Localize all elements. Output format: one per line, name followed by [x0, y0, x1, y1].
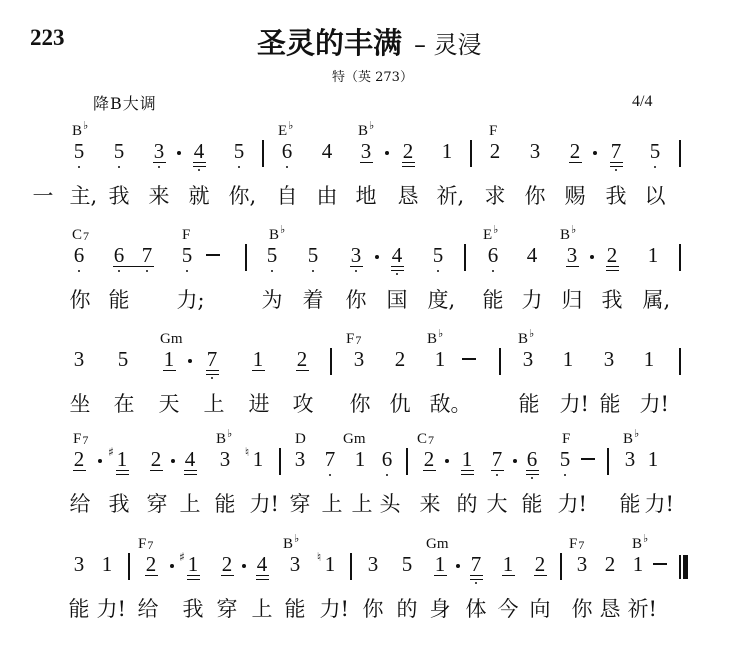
lyric-syllable: 能 [215, 492, 236, 516]
chord-symbol: B♭ [72, 124, 88, 139]
duration-underline [73, 470, 86, 471]
lyric-syllable: 天 [159, 392, 180, 416]
chord-extension: 7 [578, 538, 584, 552]
chord-symbol: B♭ [560, 228, 576, 243]
low-octave-dot [329, 474, 332, 477]
note-digit: 4 [180, 448, 200, 470]
duration-underline [610, 162, 623, 163]
bar-line [470, 140, 472, 167]
note-digit: 2 [485, 140, 505, 162]
lyric-syllable: 我 [602, 288, 623, 312]
bar-line [464, 244, 466, 271]
low-octave-dot [355, 270, 358, 273]
lyric-syllable: 力! [560, 392, 589, 416]
duration-underline [606, 266, 619, 267]
note-digit: 1 [159, 348, 179, 370]
lyric-syllable: 能 [285, 597, 306, 621]
chord-root: B [216, 431, 226, 447]
dotted-rhythm-dot [385, 151, 389, 155]
lyric-syllable: 穿 [290, 492, 311, 516]
lyric-syllable: 力! [97, 597, 126, 621]
low-octave-dot [437, 270, 440, 273]
note-digit: 2 [217, 553, 237, 575]
chord-symbol: C7 [72, 228, 89, 243]
chord-symbol: B♭ [358, 124, 374, 139]
dotted-rhythm-dot [590, 255, 594, 259]
note-digit: 3 [562, 244, 582, 266]
lyric-syllable: 上 [352, 492, 373, 516]
low-octave-dot [312, 270, 315, 273]
chord-symbol: Gm [343, 432, 366, 447]
low-octave-dot [531, 477, 534, 480]
lyric-syllable: 能 [483, 288, 504, 312]
chord-symbol: F [182, 228, 190, 243]
low-octave-dot [146, 270, 149, 273]
note-digit: 1 [457, 448, 477, 470]
sustain-dash [462, 358, 476, 360]
dotted-rhythm-dot [375, 255, 379, 259]
flat-icon: ♭ [493, 223, 498, 236]
duration-underline [434, 575, 447, 576]
flat-icon: ♭ [227, 427, 232, 440]
lyric-syllable: 以 [645, 184, 666, 208]
duration-underline [116, 470, 129, 471]
lyric-syllable: 由 [317, 184, 338, 208]
note-digit: 2 [600, 553, 620, 575]
note-digit: 6 [522, 448, 542, 470]
note-digit: 3 [349, 348, 369, 370]
note-digit: 2 [419, 448, 439, 470]
lyric-syllable: 力! [250, 492, 279, 516]
note-digit: 2 [390, 348, 410, 370]
natural-icon: ♮ [314, 550, 324, 564]
duration-underline [296, 370, 309, 371]
flat-icon: ♭ [83, 119, 88, 132]
lyric-syllable: 为 [262, 288, 283, 312]
chord-root: F [562, 431, 570, 447]
note-digit: 7 [466, 553, 486, 575]
lyric-syllable: 身 [430, 597, 451, 621]
note-digit: 5 [177, 244, 197, 266]
low-octave-dot [198, 169, 201, 172]
note-digit: 5 [645, 140, 665, 162]
lyric-syllable: 能 [69, 597, 90, 621]
low-octave-dot [564, 474, 567, 477]
chord-root: C [72, 227, 82, 243]
bar-line [679, 348, 681, 375]
flat-icon: ♭ [571, 223, 576, 236]
note-digit: 7 [137, 244, 157, 266]
duration-underline [461, 470, 474, 471]
lyric-syllable: 敌。 [430, 392, 472, 416]
note-digit: 3 [149, 140, 169, 162]
bar-line [607, 448, 609, 475]
bar-line [560, 553, 562, 580]
note-digit: 3 [599, 348, 619, 370]
chord-root: B [560, 227, 570, 243]
low-octave-dot [186, 270, 189, 273]
sharp-icon: ♯ [177, 550, 187, 564]
note-digit: 1 [558, 348, 578, 370]
lyric-syllable: 上 [180, 492, 201, 516]
lyric-syllable: 你 [350, 392, 371, 416]
note-digit: 6 [109, 244, 129, 266]
dotted-rhythm-dot [456, 564, 460, 568]
lyric-syllable: 攻 [293, 392, 314, 416]
chord-root: B [632, 536, 642, 552]
duration-underline [221, 575, 234, 576]
chord-root: F [346, 331, 354, 347]
note-digit: 3 [572, 553, 592, 575]
chord-symbol: B♭ [216, 432, 232, 447]
chord-symbol: B♭ [269, 228, 285, 243]
note-digit: 5 [229, 140, 249, 162]
dotted-rhythm-dot [177, 151, 181, 155]
chord-root: D [295, 431, 306, 447]
lyric-syllable: 你 [70, 288, 91, 312]
dotted-rhythm-dot [188, 359, 192, 363]
duration-underline [526, 474, 539, 475]
chord-symbol: F7 [73, 432, 88, 447]
chord-symbol: E♭ [483, 228, 498, 243]
lyric-syllable: 能 [620, 492, 641, 516]
note-digit: 7 [320, 448, 340, 470]
lyric-syllable: 力; [177, 288, 205, 312]
duration-underline [491, 470, 504, 471]
note-digit: 1 [643, 448, 663, 470]
note-digit: 2 [398, 140, 418, 162]
low-octave-dot [396, 273, 399, 276]
staff-row: F7B♭GmF7B♭3121♯2431♮351712321能力!给我穿上能力!你… [0, 553, 733, 633]
low-octave-dot [118, 166, 121, 169]
duration-underline [391, 270, 404, 271]
chord-symbol: B♭ [632, 537, 648, 552]
bar-line [128, 553, 130, 580]
lyric-syllable: 一 [33, 184, 54, 208]
note-digit: 3 [215, 448, 235, 470]
low-octave-dot [211, 377, 214, 380]
hymn-sheet-page: 223 圣灵的丰满– 灵浸 特（英 273） 降B大调 4/4 B♭E♭B♭F5… [0, 0, 733, 652]
note-digit: 2 [141, 553, 161, 575]
lyric-syllable: 我 [606, 184, 627, 208]
lyric-syllable: 上 [204, 392, 225, 416]
duration-underline [470, 575, 483, 576]
note-digit: 4 [317, 140, 337, 162]
note-digit: 1 [430, 348, 450, 370]
lyric-syllable: 穿 [217, 597, 238, 621]
lyric-syllable: 自 [277, 184, 298, 208]
note-digit: 1 [498, 553, 518, 575]
chord-symbol: B♭ [427, 332, 443, 347]
bar-line [499, 348, 501, 375]
note-digit: 1 [97, 553, 117, 575]
dotted-rhythm-dot [242, 564, 246, 568]
chord-root: B [518, 331, 528, 347]
lyric-syllable: 归 [562, 288, 583, 312]
note-digit: 5 [69, 140, 89, 162]
lyric-syllable: 大 [487, 492, 508, 516]
note-digit: 1 [430, 553, 450, 575]
note-digit: 1 [639, 348, 659, 370]
chord-root: E [483, 227, 492, 243]
low-octave-dot [654, 166, 657, 169]
low-octave-dot [386, 474, 389, 477]
note-digit: 6 [277, 140, 297, 162]
lyric-syllable: 你 [572, 597, 593, 621]
flat-icon: ♭ [529, 327, 534, 340]
duration-underline [150, 470, 163, 471]
note-digit: 6 [483, 244, 503, 266]
dotted-rhythm-dot [98, 459, 102, 463]
chord-root: B [283, 536, 293, 552]
chord-root: F [182, 227, 190, 243]
note-digit: 2 [146, 448, 166, 470]
note-digit: 5 [109, 140, 129, 162]
flat-icon: ♭ [438, 327, 443, 340]
lyric-syllable: 上 [252, 597, 273, 621]
duration-underline [193, 162, 206, 163]
duration-underline [534, 575, 547, 576]
chord-root: Gm [160, 331, 183, 347]
low-octave-dot [158, 166, 161, 169]
lyric-syllable: 祈, [437, 184, 465, 208]
duration-underline [256, 579, 269, 580]
lyric-syllable: 头 [380, 492, 401, 516]
lyric-syllable: 坐 [70, 392, 91, 416]
low-octave-dot [492, 270, 495, 273]
lyric-syllable: 今 [498, 597, 519, 621]
note-digit: 5 [303, 244, 323, 266]
chord-root: Gm [426, 536, 449, 552]
note-digit: 2 [565, 140, 585, 162]
lyric-syllable: 的 [457, 492, 478, 516]
note-digit: 3 [620, 448, 640, 470]
chord-symbol: Gm [160, 332, 183, 347]
lyric-syllable: 你 [525, 184, 546, 208]
bar-line [406, 448, 408, 475]
note-digit: 3 [346, 244, 366, 266]
lyric-syllable: 祈! [628, 597, 657, 621]
lyric-syllable: 仇 [390, 392, 411, 416]
chord-symbol: F [562, 432, 570, 447]
duration-underline [145, 575, 158, 576]
lyric-syllable: 能 [522, 492, 543, 516]
duration-underline [502, 575, 515, 576]
chord-root: F [489, 123, 497, 139]
sustain-dash [206, 254, 220, 256]
staff-row: GmF7B♭B♭3517123213131坐在天上进攻你仇敌。能力!能力! [0, 348, 733, 428]
chord-root: F [569, 536, 577, 552]
lyric-syllable: 上 [322, 492, 343, 516]
lyric-syllable: 力 [522, 288, 543, 312]
sustain-dash [653, 563, 667, 565]
lyric-syllable: 能 [600, 392, 621, 416]
note-digit: 3 [363, 553, 383, 575]
lyric-syllable: 来 [420, 492, 441, 516]
lyric-syllable: 我 [109, 184, 130, 208]
lyric-syllable: 向 [530, 597, 551, 621]
duration-underline [402, 162, 415, 163]
note-digit: 1 [643, 244, 663, 266]
chord-root: B [72, 123, 82, 139]
dotted-rhythm-dot [170, 564, 174, 568]
chord-symbol: F7 [569, 537, 584, 552]
chord-symbol: Gm [426, 537, 449, 552]
duration-underline [206, 374, 219, 375]
lyric-syllable: 属, [643, 288, 671, 312]
bar-line [245, 244, 247, 271]
note-digit: 4 [189, 140, 209, 162]
note-digit: 6 [377, 448, 397, 470]
duration-underline [193, 166, 206, 167]
sustain-dash [581, 458, 595, 460]
chord-symbol: C7 [417, 432, 434, 447]
duration-underline [187, 575, 200, 576]
low-octave-dot [271, 270, 274, 273]
dotted-rhythm-dot [171, 459, 175, 463]
lyric-syllable: 你 [363, 597, 384, 621]
note-digit: 3 [69, 553, 89, 575]
note-digit: 4 [387, 244, 407, 266]
lyric-syllable: 主, [70, 184, 98, 208]
low-octave-dot [286, 166, 289, 169]
chord-root: Gm [343, 431, 366, 447]
lyric-syllable: 度, [428, 288, 456, 312]
duration-underline [606, 270, 619, 271]
lyric-syllable: 恳 [600, 597, 621, 621]
lyric-syllable: 力! [645, 492, 674, 516]
lyric-syllable: 我 [109, 492, 130, 516]
chord-root: C [417, 431, 427, 447]
duration-underline [360, 162, 373, 163]
low-octave-dot [78, 166, 81, 169]
duration-underline [569, 162, 582, 163]
staff-row: B♭E♭B♭F553456432123275一主,我来就你,自由地恳祈,求你赐我… [0, 140, 733, 220]
lyric-syllable: 赐 [565, 184, 586, 208]
note-digit: 3 [69, 348, 89, 370]
low-octave-dot [78, 270, 81, 273]
note-digit: 3 [525, 140, 545, 162]
flat-icon: ♭ [643, 532, 648, 545]
chord-extension: 7 [355, 333, 361, 347]
lyric-syllable: 能 [519, 392, 540, 416]
duration-underline [184, 470, 197, 471]
chord-root: B [623, 431, 633, 447]
note-digit: 7 [487, 448, 507, 470]
note-digit: 4 [522, 244, 542, 266]
note-digit: 2 [69, 448, 89, 470]
bar-line [679, 140, 681, 167]
chord-symbol: F [489, 124, 497, 139]
flat-icon: ♭ [634, 427, 639, 440]
note-digit: 1 [628, 553, 648, 575]
duration-underline [610, 166, 623, 167]
note-digit: 3 [356, 140, 376, 162]
flat-icon: ♭ [369, 119, 374, 132]
note-digit: 7 [202, 348, 222, 370]
duration-underline [206, 370, 219, 371]
duration-underline [116, 474, 129, 475]
lyric-syllable: 给 [138, 597, 159, 621]
lyric-syllable: 力! [320, 597, 349, 621]
chord-root: E [278, 123, 287, 139]
low-octave-dot [615, 169, 618, 172]
note-digit: 5 [428, 244, 448, 266]
chord-extension: 7 [428, 433, 434, 447]
staff-row: C7FB♭E♭B♭66755534564321你能力;为着你国度,能力归我属, [0, 244, 733, 324]
chord-root: F [73, 431, 81, 447]
duration-underline [566, 266, 579, 267]
duration-underline [252, 370, 265, 371]
note-digit: 3 [285, 553, 305, 575]
note-digit: 2 [292, 348, 312, 370]
bar-line [350, 553, 352, 580]
lyric-syllable: 国 [387, 288, 408, 312]
lyric-syllable: 在 [114, 392, 135, 416]
note-digit: 3 [518, 348, 538, 370]
low-octave-dot [118, 270, 121, 273]
duration-underline [350, 266, 363, 267]
note-digit: 4 [252, 553, 272, 575]
lyric-syllable: 穿 [147, 492, 168, 516]
low-octave-dot [475, 582, 478, 585]
dotted-rhythm-dot [513, 459, 517, 463]
chord-root: B [427, 331, 437, 347]
duration-underline [256, 575, 269, 576]
note-digit: 7 [606, 140, 626, 162]
low-octave-dot [496, 474, 499, 477]
duration-underline [153, 162, 166, 163]
chord-root: B [269, 227, 279, 243]
bar-line [330, 348, 332, 375]
lyric-syllable: 力! [558, 492, 587, 516]
lyric-syllable: 着 [303, 288, 324, 312]
lyric-syllable: 求 [485, 184, 506, 208]
chord-root: F [138, 536, 146, 552]
final-bar-line-thin [679, 555, 681, 579]
chord-extension: 7 [82, 433, 88, 447]
lyric-syllable: 体 [466, 597, 487, 621]
chord-extension: 7 [83, 229, 89, 243]
dotted-rhythm-dot [593, 151, 597, 155]
duration-underline [187, 579, 200, 580]
lyric-syllable: 进 [249, 392, 270, 416]
lyric-syllable: 给 [70, 492, 91, 516]
chord-symbol: B♭ [623, 432, 639, 447]
note-digit: 2 [530, 553, 550, 575]
note-digit: 2 [602, 244, 622, 266]
natural-icon: ♮ [242, 445, 252, 459]
duration-underline [423, 470, 436, 471]
lyric-syllable: 你 [346, 288, 367, 312]
chord-symbol: B♭ [283, 537, 299, 552]
lyric-syllable: 力! [640, 392, 669, 416]
dotted-rhythm-dot [445, 459, 449, 463]
note-digit: 5 [397, 553, 417, 575]
note-digit: 5 [113, 348, 133, 370]
chord-extension: 7 [147, 538, 153, 552]
bar-line [679, 244, 681, 271]
duration-underline [526, 470, 539, 471]
chord-symbol: E♭ [278, 124, 293, 139]
duration-underline [163, 370, 176, 371]
low-octave-dot [238, 166, 241, 169]
note-digit: 1 [248, 348, 268, 370]
duration-underline [184, 474, 197, 475]
chord-root: B [358, 123, 368, 139]
chord-symbol: F7 [346, 332, 361, 347]
jianpu-score: B♭E♭B♭F553456432123275一主,我来就你,自由地恳祈,求你赐我… [0, 0, 733, 652]
